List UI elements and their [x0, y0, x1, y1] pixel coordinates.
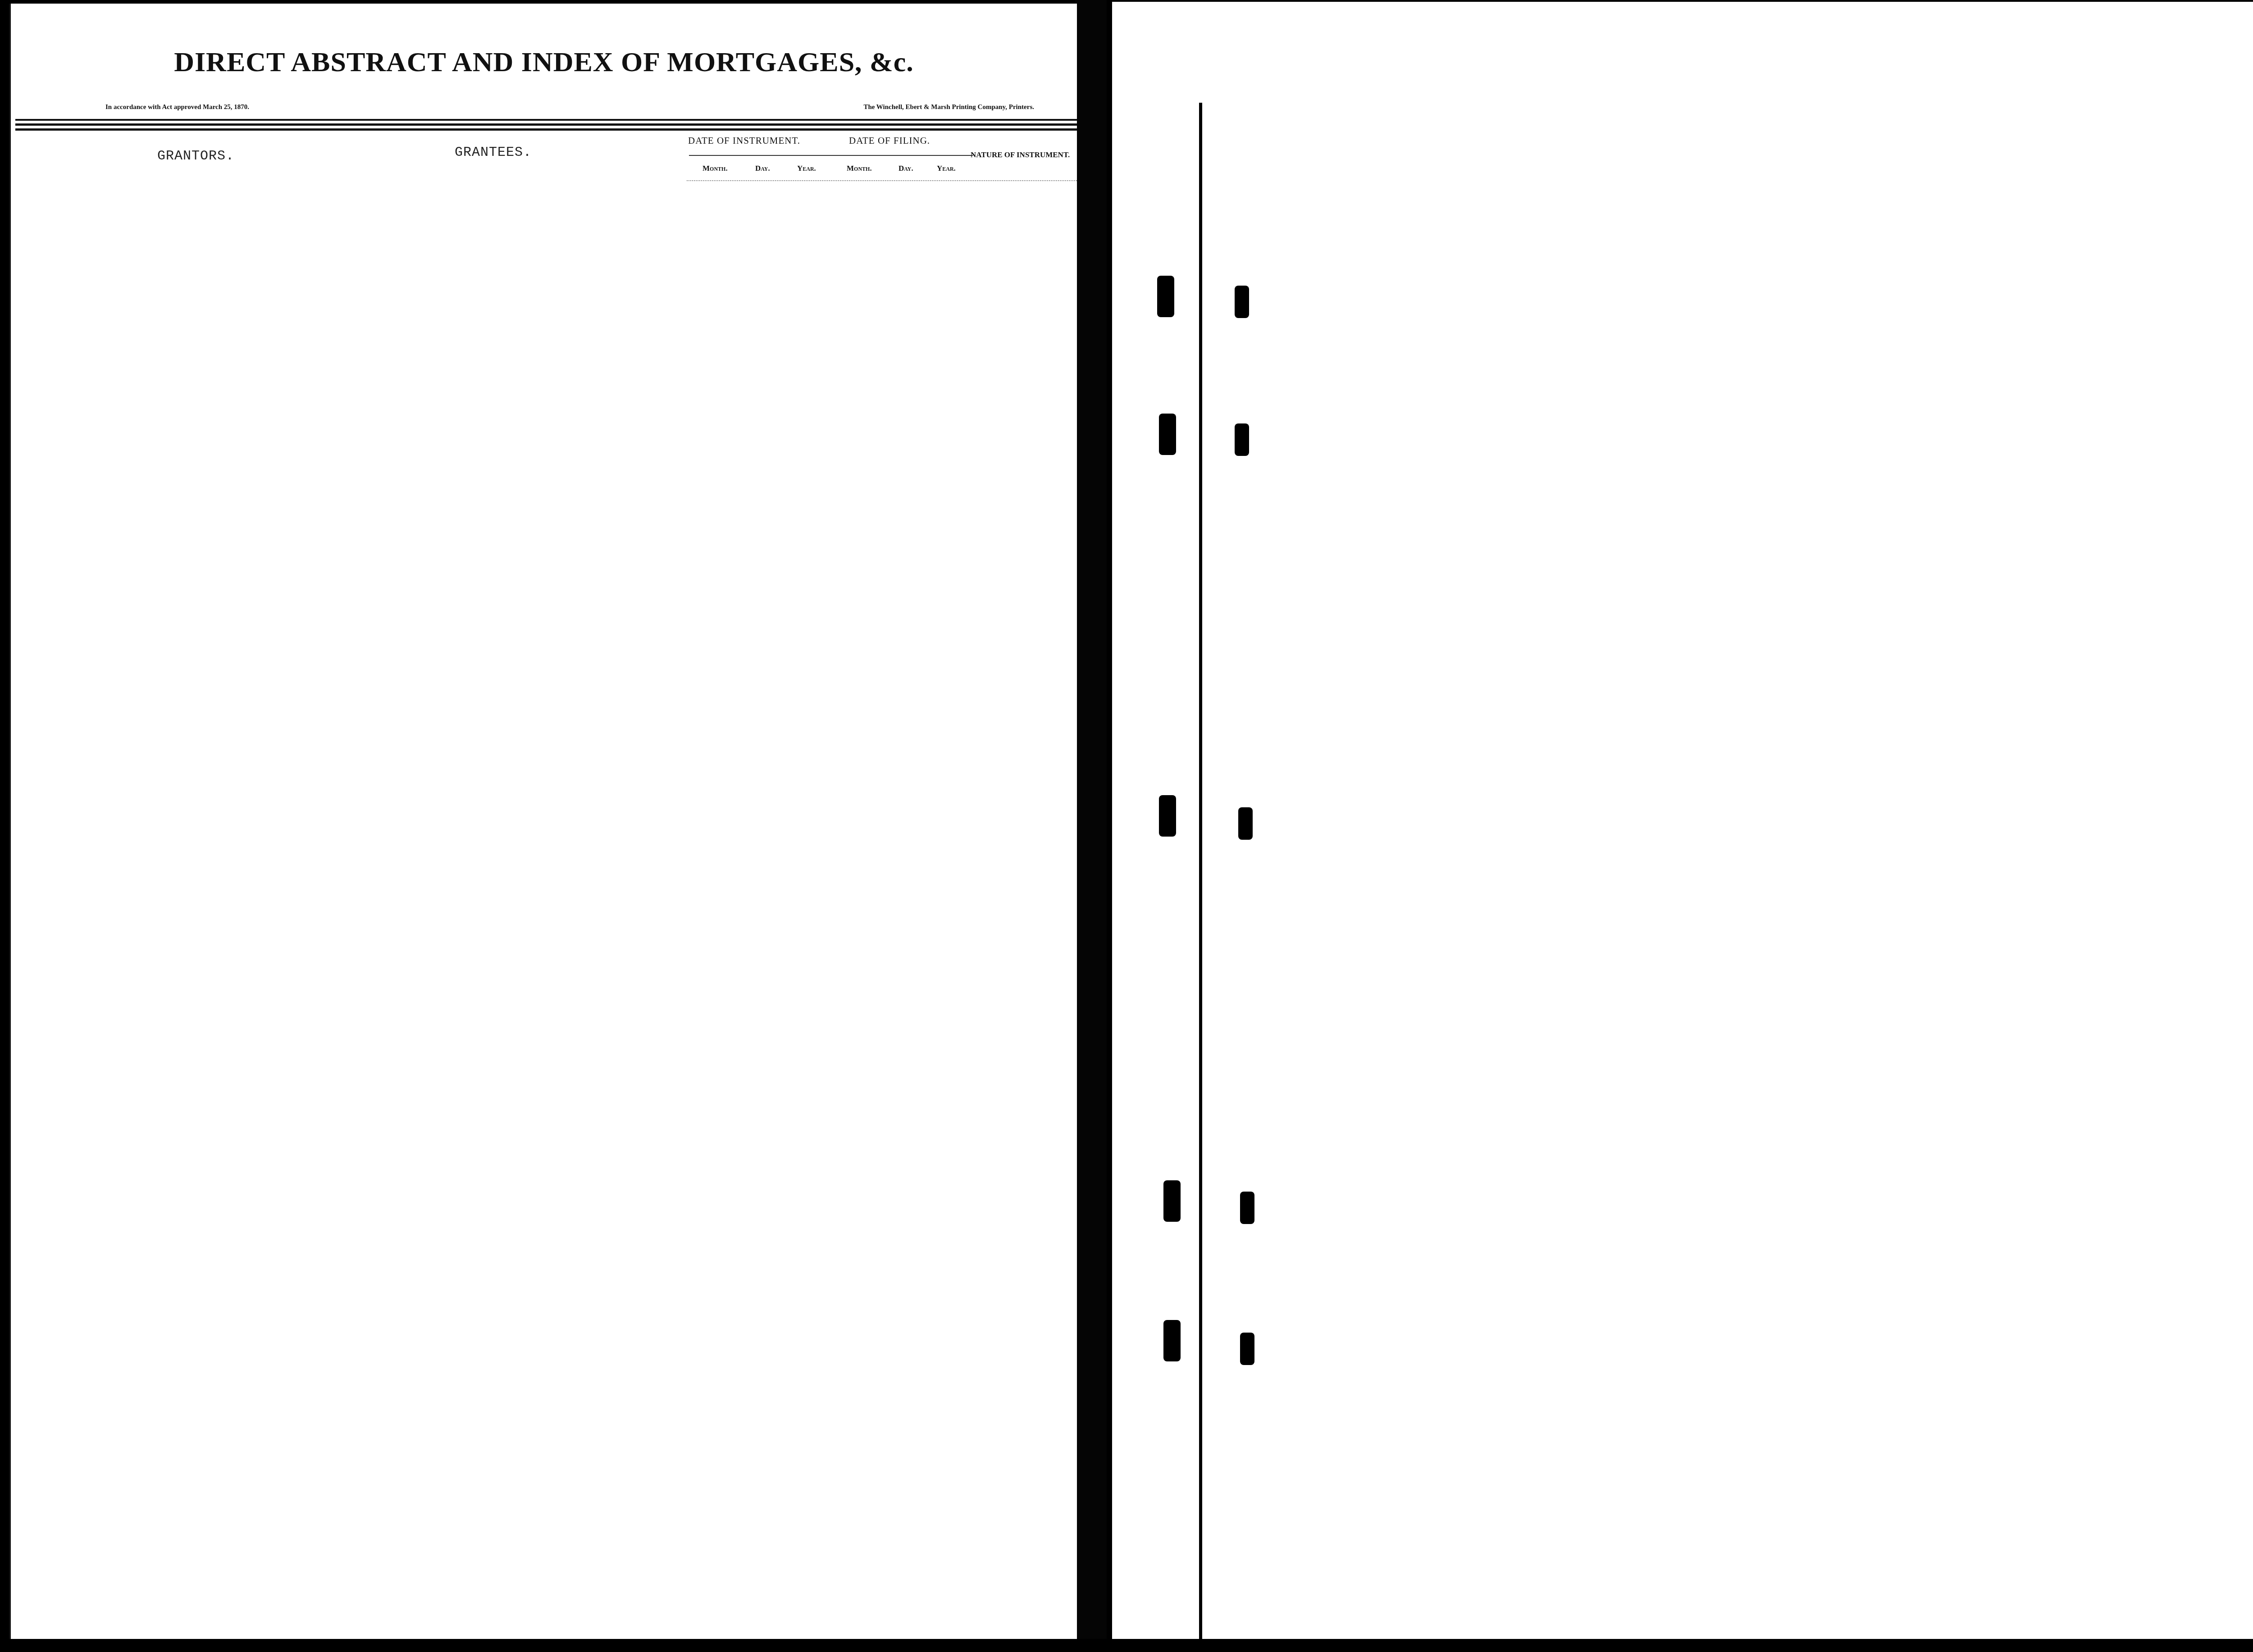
page-title: DIRECT ABSTRACT AND INDEX OF MORTGAGES, … [11, 46, 1077, 78]
entry-row-rule [687, 180, 1077, 181]
subcolumn-day: Day. [898, 164, 913, 173]
subcolumn-month: Month. [847, 164, 872, 173]
margin-rule [1199, 103, 1202, 1643]
index-tab-mark [1157, 276, 1174, 317]
header-rule [15, 128, 1077, 131]
subcolumn-day: Day. [755, 164, 770, 173]
header-rule [15, 119, 1077, 121]
subcolumn-year: Year. [937, 164, 956, 173]
date-header-divider [689, 155, 973, 156]
printer-note: The Winchell, Ebert & Marsh Printing Com… [863, 104, 1034, 111]
act-note: In accordance with Act approved March 25… [105, 104, 249, 111]
index-tab-mark [1240, 1333, 1254, 1365]
index-tab-mark [1163, 1180, 1181, 1222]
column-header-date-of-filing: DATE OF FILING. [849, 135, 930, 146]
right-ledger-page [1112, 2, 2253, 1642]
index-tab-mark [1235, 286, 1249, 318]
column-header-date-of-instrument: DATE OF INSTRUMENT. [688, 135, 800, 146]
column-header-nature-of-instrument: NATURE OF INSTRUMENT. [971, 150, 1070, 159]
index-tab-mark [1235, 423, 1249, 456]
index-tab-mark [1238, 807, 1253, 840]
subcolumn-year: Year. [797, 164, 816, 173]
scan-edge-bottom [0, 1639, 2253, 1652]
column-header-grantors: GRANTORS. [157, 149, 234, 164]
index-tab-mark [1159, 414, 1176, 455]
subcolumn-month: Month. [702, 164, 728, 173]
column-header-grantees: GRANTEES. [455, 145, 532, 160]
header-rule [15, 123, 1077, 126]
index-tab-mark [1159, 795, 1176, 837]
index-tab-mark [1240, 1192, 1254, 1224]
page-flap [1172, 0, 1292, 23]
book-binding-gutter [1075, 0, 1107, 1652]
left-ledger-page: DIRECT ABSTRACT AND INDEX OF MORTGAGES, … [9, 4, 1077, 1639]
index-tab-mark [1163, 1320, 1181, 1361]
